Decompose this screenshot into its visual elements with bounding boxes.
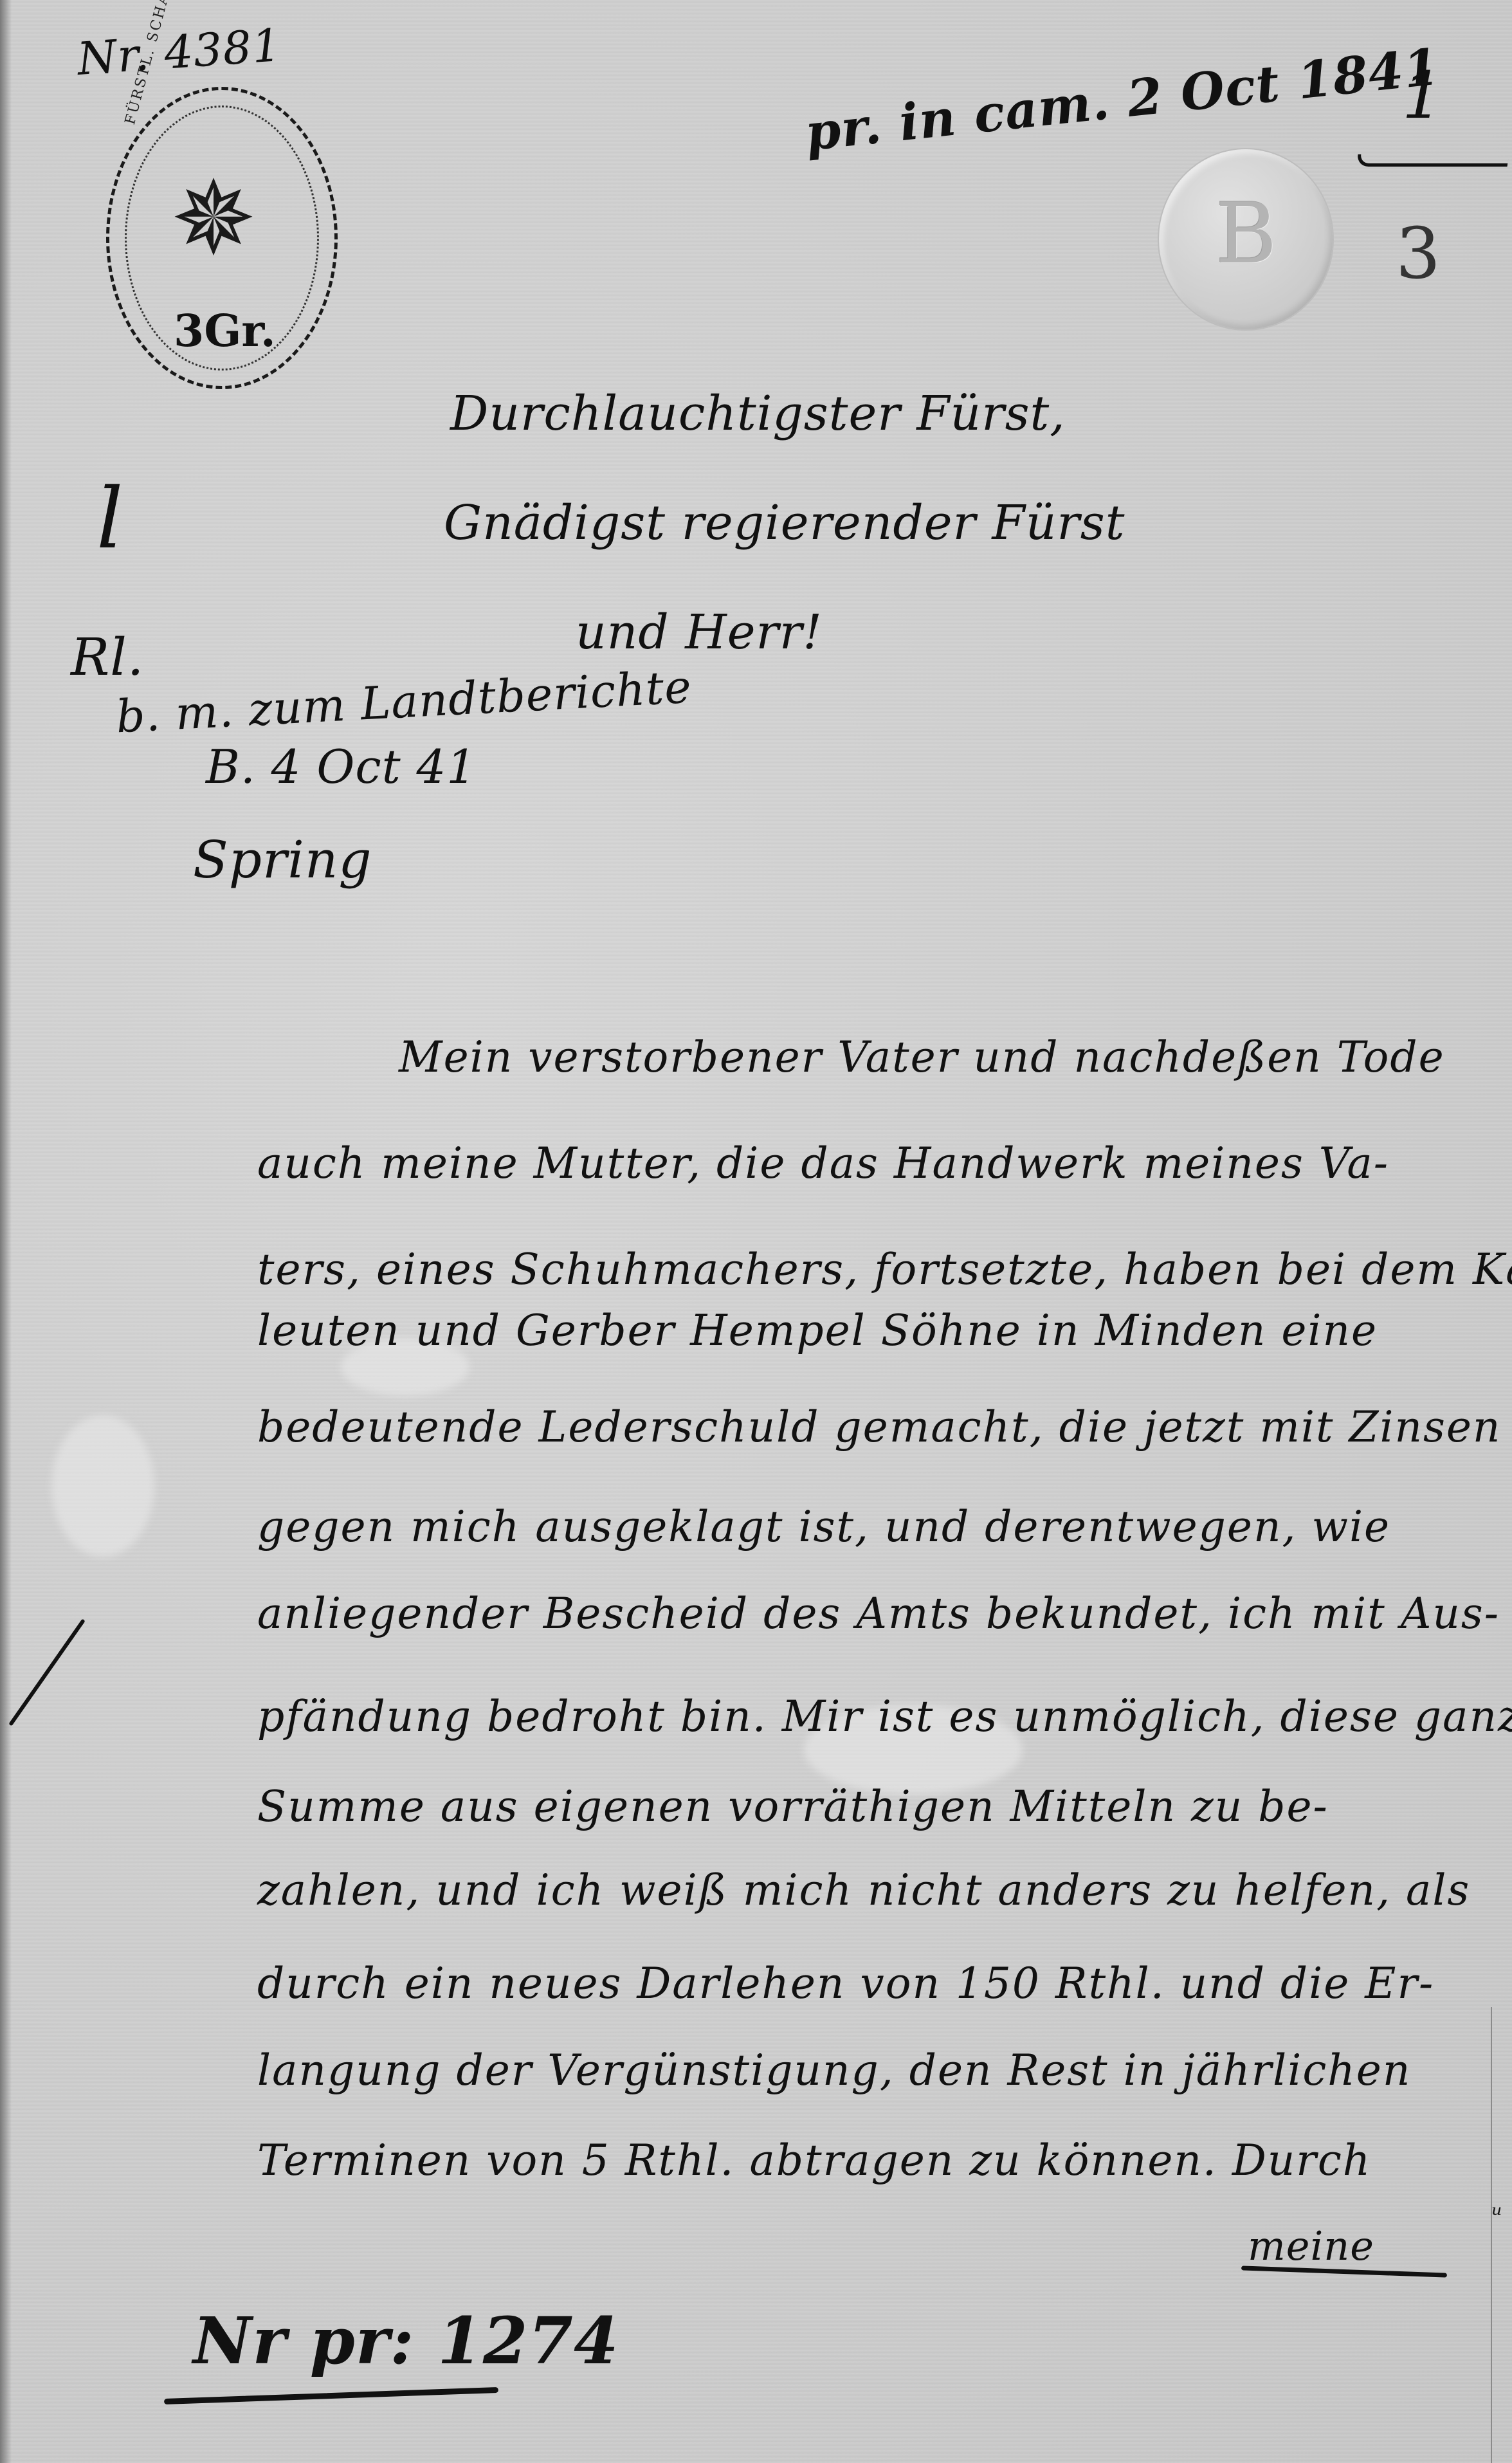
folio-bracket [1356,154,1509,167]
star-crown-emblem-icon: ✵ [170,167,257,270]
margin-signature: Spring [193,830,372,890]
salutation-line: und Herr! [576,605,823,660]
archive-number: Nr. 4381 [76,19,284,86]
body-line: auch meine Mutter, die das Handwerk mein… [257,1139,1389,1188]
salutation-line: Durchlauchtigster Fürst, [450,386,1066,441]
body-line: Mein verstorbener Vater und nachdeßen To… [399,1032,1445,1082]
continuation-mark: ᵘ [1492,2200,1503,2230]
body-line: bedeutende Lederschuld gemacht, die jetz… [257,1402,1501,1452]
page-fold-line [1491,2007,1492,2463]
body-line: pfändung bedroht bin. Mir ist es unmögli… [257,1692,1512,1741]
seal-letter: B [1216,185,1277,282]
body-line: ters, eines Schuhmachers, fortsetzte, ha… [257,1245,1512,1294]
margin-stroke [8,1618,86,1726]
margin-note: B. 4 Oct 41 [206,740,477,794]
body-line: gegen mich ausgeklagt ist, und derentweg… [257,1502,1390,1552]
register-number: Nr pr: 1274 [193,2303,619,2379]
body-line: Terminen von 5 Rthl. abtragen zu können.… [257,2136,1371,2185]
folio-number: 1 [1402,58,1444,133]
margin-mark: l [96,470,124,567]
water-stain [51,1415,154,1557]
body-line: durch ein neues Darlehen von 150 Rthl. u… [257,1959,1434,2008]
pencil-page-number: 3 [1396,212,1441,295]
register-underline [164,2387,498,2404]
catchword: meine [1248,2222,1374,2269]
margin-ref: Rl. [71,627,144,687]
body-line: anliegender Bescheid des Amts bekundet, … [257,1589,1500,1638]
scan-edge-shadow [0,0,12,2463]
document-page: Nr. 4381 FÜRSTL. SCHAUMB. LIPP. STEMPEL … [0,0,1512,2463]
margin-note: b. m. zum Landtberichte [114,661,693,744]
embossed-seal: B [1158,148,1334,331]
revenue-stamp: FÜRSTL. SCHAUMB. LIPP. STEMPEL ✵ 3Gr. [106,87,338,389]
stamp-value: 3Gr. [174,306,276,357]
body-line: zahlen, und ich weiß mich nicht anders z… [257,1865,1470,1915]
salutation-line: Gnädigst regierender Fürst [444,495,1125,551]
body-line: Summe aus eigenen vorräthigen Mitteln zu… [257,1782,1329,1831]
body-line: langung der Vergünstigung, den Rest in j… [257,2046,1411,2095]
body-line: leuten und Gerber Hempel Söhne in Minden… [257,1306,1378,1355]
received-note: pr. in cam. 2 Oct 1841 [803,37,1442,162]
